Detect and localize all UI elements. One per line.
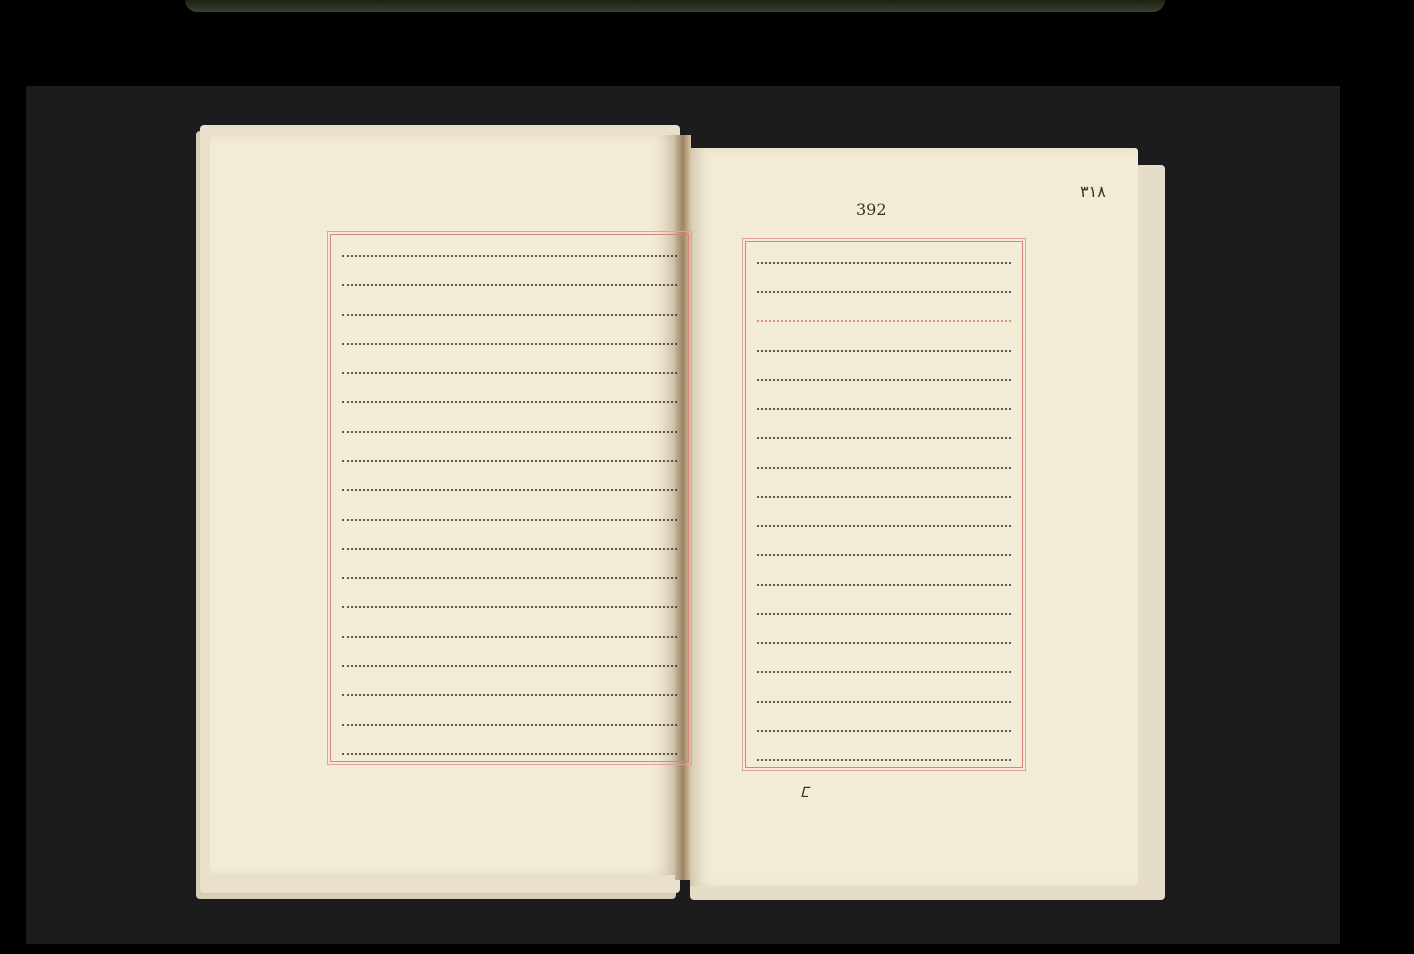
right-text-block <box>758 248 1012 761</box>
right-text-frame <box>745 241 1023 768</box>
catchword: ⵎ <box>800 785 809 801</box>
left-text-frame <box>330 234 689 762</box>
pencil-page-number: 392 <box>856 200 887 219</box>
top-strip <box>185 0 1165 12</box>
folio-number: ٣١٨ <box>1080 182 1106 201</box>
left-text-block <box>343 241 678 755</box>
